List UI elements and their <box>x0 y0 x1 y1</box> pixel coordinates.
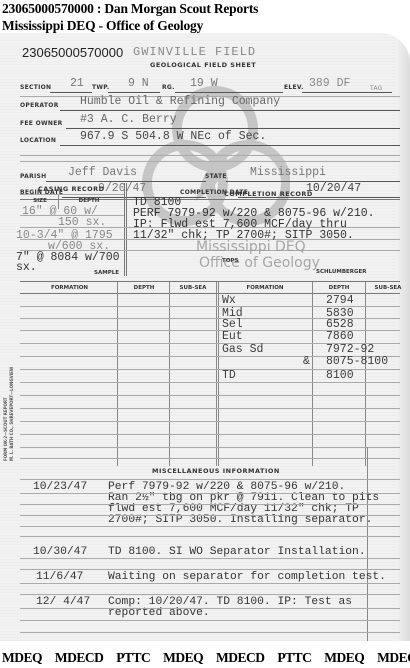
form-printer-imprint: FORM OK-2—SCOUT REPORT M. L. BATH CO., S… <box>3 341 19 461</box>
rg-label: RG. <box>162 84 175 91</box>
page-subtitle: Mississippi DEQ - Office of Geology <box>2 18 203 34</box>
completion-record-title: COMPLETION RECORD <box>224 190 313 198</box>
formation-row-1-depth: 2794 <box>326 294 354 307</box>
misc-entry-1-date: 10/23/47 <box>33 482 87 493</box>
elev-label: ELEV. <box>284 84 304 91</box>
location-value: 967.9 S 504.8 W NEc of Sec. <box>80 130 266 143</box>
left-subsea-header: SUB-SEA <box>170 285 216 291</box>
misc-entry-4-date: 12/ 4/47 <box>36 597 90 608</box>
misc-entry-2-date: 10/30/47 <box>33 547 87 558</box>
parish-value: Jeff Davis <box>68 166 137 179</box>
side-text-line-2: M. L. BATH CO., SHREVEPORT—LONGVIEW <box>9 367 14 461</box>
formation-row-6-name: & <box>303 355 310 368</box>
schlumberger-label: SCHLUMBERGER <box>316 269 367 275</box>
operator-label: OPERATOR <box>20 102 59 109</box>
right-subsea-header: SUB-SEA <box>366 285 410 291</box>
operator-value: Humble Oil & Refining Company <box>80 95 280 108</box>
elev-value: 389 DF <box>309 77 350 90</box>
left-depth-header: DEPTH <box>118 285 170 291</box>
casing-record-title: CASING RECORD <box>38 185 105 193</box>
field-name: GWINVILLE FIELD <box>133 45 256 59</box>
elev-suffix: TAG <box>370 85 383 92</box>
sheet-title: GEOLOGICAL FIELD SHEET <box>150 61 256 69</box>
formation-row-7-name: TD <box>222 369 236 382</box>
state-label: STATE <box>205 173 227 180</box>
fee-owner-label: FEE OWNER <box>20 120 63 127</box>
scout-report-card: 23065000570000 GWINVILLE FIELD GEOLOGICA… <box>0 33 410 641</box>
watermark-line-2: Office of Geology <box>199 255 320 271</box>
tops-label: TOPS <box>222 258 238 264</box>
rg-value: 19 W <box>190 77 218 90</box>
formation-row-6-depth: 8075-8100 <box>326 355 388 368</box>
casing-line-6: sx. <box>16 261 37 274</box>
section-label: SECTION <box>20 84 51 91</box>
side-text-line-1: FORM OK-2—SCOUT REPORT <box>3 397 8 461</box>
misc-entry-2-text: TD 8100. SI WO Separator Installation. <box>108 547 366 558</box>
casing-size-header: SIZE <box>22 198 58 204</box>
right-formation-header: FORMATION <box>218 285 312 291</box>
twp-value: 9 N <box>128 77 149 90</box>
location-label: LOCATION <box>20 137 56 144</box>
formation-row-4-depth: 7860 <box>326 330 354 343</box>
casing-depth-header: DEPTH <box>64 198 114 204</box>
page-title: 23065000570000 : Dan Morgan Scout Report… <box>2 1 258 17</box>
formation-row-5-name: Gas Sd <box>222 343 263 356</box>
formation-row-4-name: Eut <box>222 330 243 343</box>
misc-entry-3-date: 11/6/47 <box>36 572 83 583</box>
right-depth-header: DEPTH <box>313 285 365 291</box>
parish-label: PARISH <box>20 173 47 180</box>
formation-row-1-name: Wx <box>222 294 236 307</box>
watermark-line-1: Mississippi DEQ <box>196 239 306 255</box>
completion-date-value: 10/20/47 <box>306 182 361 195</box>
misc-entry-3-text: Waiting on separator for completion test… <box>108 572 386 583</box>
api-number: 23065000570000 <box>22 45 123 60</box>
formation-row-7-depth: 8100 <box>326 369 354 382</box>
twp-label: TWP. <box>92 84 110 91</box>
state-value: Mississippi <box>250 166 326 179</box>
sample-label: SAMPLE <box>94 270 119 276</box>
card-edge-shadow <box>396 33 410 641</box>
left-formation-header: FORMATION <box>22 285 117 291</box>
misc-info-title: MISCELLANEOUS INFORMATION <box>152 467 280 475</box>
section-value: 21 <box>70 77 84 90</box>
footer-banner: MDEQ MDECD PTTC MDEQ MDECD PTTC MDEQ MDE… <box>2 650 410 666</box>
fee-owner-value: #3 A. C. Berry <box>80 113 177 126</box>
